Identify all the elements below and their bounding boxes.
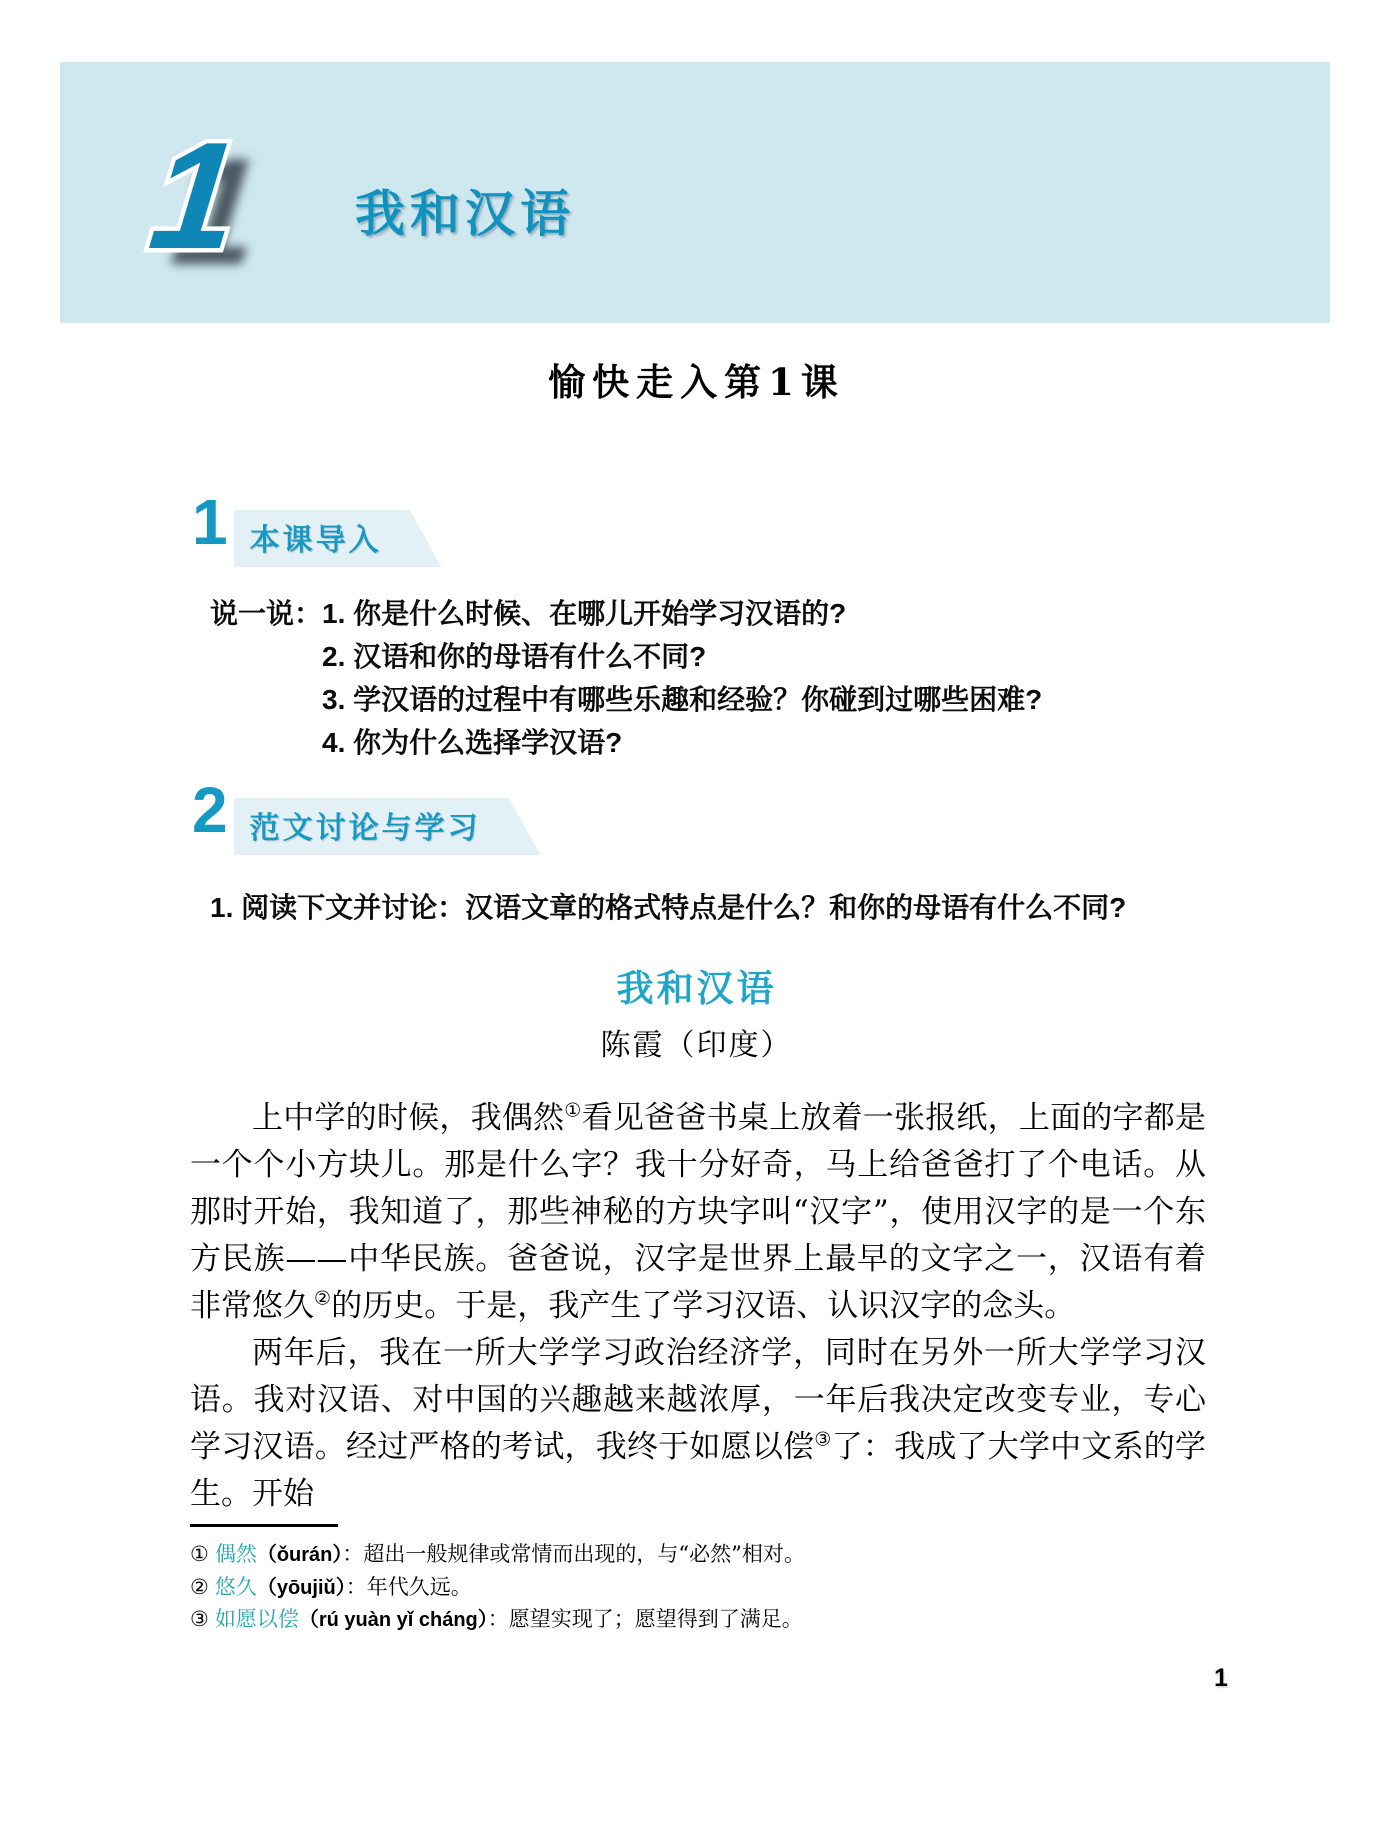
page-number: 1: [1214, 1664, 1228, 1693]
chapter-number-text: 1: [144, 120, 245, 272]
footnote-marker: ③: [814, 1428, 831, 1451]
chapter-title: 我和汉语: [355, 174, 575, 246]
footnotes-list: ①偶然（ǒurán）：超出一般规律或常情而出现的，与“必然”相对。②悠久（yōu…: [190, 1539, 1210, 1637]
article-body: 上中学的时候，我偶然①看见爸爸书桌上放着一张报纸，上面的字都是一个个小方块儿。那…: [190, 1095, 1206, 1518]
footnote-pinyin: （ǒurán）: [257, 1544, 343, 1566]
footnote-item: ②悠久（yōujiǔ）：年代久远。: [190, 1572, 1210, 1605]
footnote-number: ③: [190, 1607, 209, 1631]
footnote-marker: ②: [314, 1287, 331, 1310]
article-paragraph: 上中学的时候，我偶然①看见爸爸书桌上放着一张报纸，上面的字都是一个个小方块儿。那…: [190, 1095, 1206, 1330]
section-discussion-header: 2 范文讨论与学习: [192, 778, 541, 855]
article-paragraph: 两年后，我在一所大学学习政治经济学，同时在另外一所大学学习汉语。我对汉语、对中国…: [190, 1330, 1206, 1518]
questions-list: 1. 你是什么时候、在哪儿开始学习汉语的?2. 汉语和你的母语有什么不同?3. …: [322, 592, 1042, 764]
footnote-item: ①偶然（ǒurán）：超出一般规律或常情而出现的，与“必然”相对。: [190, 1539, 1210, 1572]
footnote-number: ②: [190, 1575, 209, 1599]
section-discussion-label-badge: 范文讨论与学习: [234, 798, 541, 855]
questions-prompt-label: 说一说：: [210, 592, 322, 764]
article-author: 陈霞（印度）: [0, 1020, 1393, 1064]
section-intro-label-badge: 本课导入: [234, 510, 442, 567]
section-intro-number: 1: [192, 490, 228, 554]
footnotes-block: ①偶然（ǒurán）：超出一般规律或常情而出现的，与“必然”相对。②悠久（yōu…: [190, 1524, 1210, 1637]
footnote-term: 悠久: [215, 1575, 257, 1599]
footnote-divider: [190, 1524, 338, 1527]
footnote-marker: ①: [564, 1099, 581, 1122]
textbook-page: 1 1 1 我和汉语 愉快走入第1课 1 本课导入 说一说： 1. 你是什么时候…: [0, 0, 1393, 1836]
question-item: 3. 学汉语的过程中有哪些乐趣和经验？你碰到过哪些困难?: [322, 678, 1042, 721]
footnote-term: 如愿以偿: [215, 1607, 299, 1631]
footnote-definition: ：超出一般规律或常情而出现的，与“必然”相对。: [342, 1542, 804, 1566]
footnote-term: 偶然: [215, 1542, 257, 1566]
footnote-pinyin: （yōujiǔ）: [257, 1577, 346, 1599]
article-title: 我和汉语: [0, 958, 1393, 1012]
question-item: 2. 汉语和你的母语有什么不同?: [322, 635, 1042, 678]
footnote-pinyin: （rú yuàn yǐ cháng）: [299, 1609, 488, 1631]
section-discussion-number: 2: [192, 778, 228, 842]
footnote-definition: ：年代久远。: [346, 1575, 472, 1599]
footnote-definition: ：愿望实现了；愿望得到了满足。: [488, 1607, 803, 1631]
chapter-banner: 1 1 1 我和汉语: [60, 62, 1330, 323]
chapter-number: 1 1 1: [152, 120, 322, 310]
section-intro-label: 本课导入: [250, 524, 382, 557]
section-discussion-label: 范文讨论与学习: [250, 812, 481, 845]
discussion-prompt: 1. 阅读下文并讨论：汉语文章的格式特点是什么？和你的母语有什么不同?: [210, 886, 1126, 926]
section-intro-header: 1 本课导入: [192, 490, 442, 567]
question-item: 1. 你是什么时候、在哪儿开始学习汉语的?: [322, 592, 1042, 635]
intro-questions-block: 说一说： 1. 你是什么时候、在哪儿开始学习汉语的?2. 汉语和你的母语有什么不…: [210, 592, 1042, 764]
question-item: 4. 你为什么选择学汉语?: [322, 721, 1042, 764]
footnote-item: ③如愿以偿（rú yuàn yǐ cháng）：愿望实现了；愿望得到了满足。: [190, 1604, 1210, 1637]
footnote-number: ①: [190, 1542, 209, 1566]
lesson-title: 愉快走入第1课: [0, 352, 1393, 406]
